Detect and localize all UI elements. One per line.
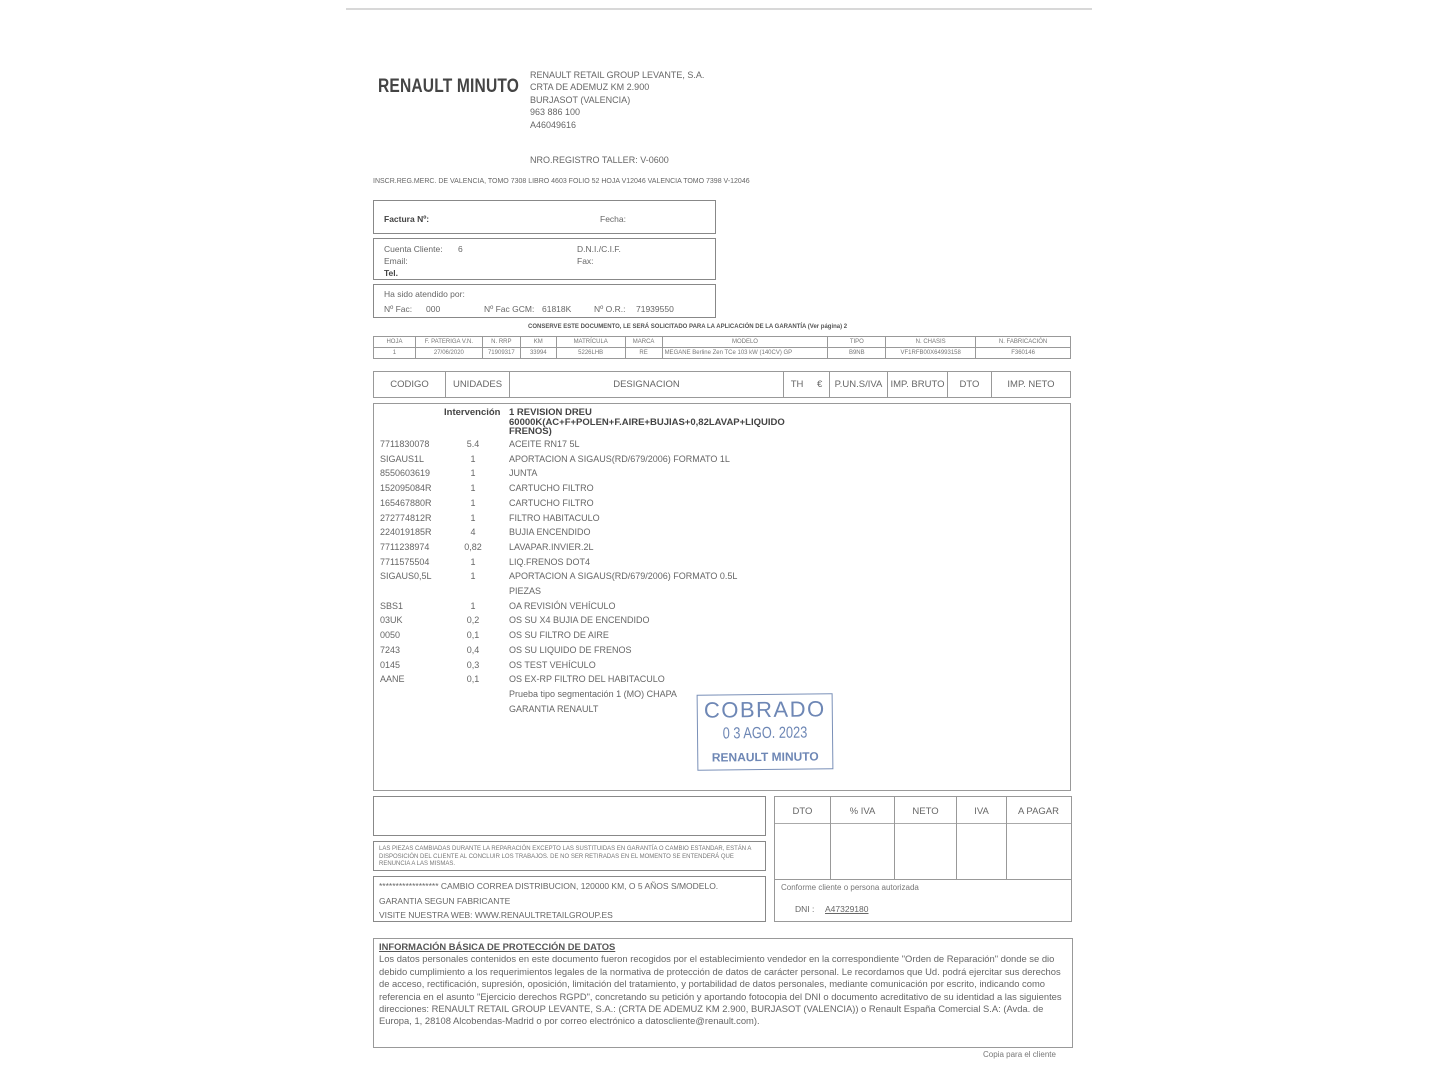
privacy-title: INFORMACIÓN BÁSICA DE PROTECCIÓN DE DATO… (379, 941, 1067, 953)
vehicle-header-row: HOJA F. PATERIGA V.N. N. RRP KM MATRÍCUL… (374, 337, 1071, 348)
item-code: AANE (380, 674, 460, 684)
col-designacion: DESIGNACION (510, 372, 784, 397)
item-code: SIGAUS0,5L (380, 571, 460, 581)
item-code: 224019185R (380, 527, 460, 537)
item-units: 0,82 (458, 542, 488, 552)
vv-km: 33994 (520, 348, 556, 359)
item-units: 1 (458, 483, 488, 493)
item-code: 7711575504 (380, 557, 460, 567)
nfac-value: 000 (426, 304, 440, 314)
vv-modelo: MEGANE Berline Zen TCe 103 kW (140CV) GP (662, 348, 828, 359)
note-warranty: GARANTIA SEGUN FABRICANTE (379, 896, 510, 906)
vv-hoja: 1 (374, 348, 416, 359)
item-units: 1 (458, 468, 488, 478)
item-desc: PIEZAS (509, 586, 541, 596)
cuenta-cliente-label: Cuenta Cliente: (384, 244, 443, 254)
stamp-status: COBRADO (698, 696, 832, 723)
copy-label: Copia para el cliente (983, 1050, 1056, 1059)
paid-stamp: COBRADO 0 3 AGO. 2023 RENAULT MINUTO (697, 693, 834, 770)
vv-marca: RE (625, 348, 662, 359)
item-code: 165467880R (380, 498, 460, 508)
item-units: 5.4 (458, 439, 488, 449)
nfac-label: Nº Fac: (384, 304, 412, 314)
lines-header: CODIGO UNIDADES DESIGNACION TH € P.UN.S/… (373, 371, 1071, 398)
item-desc: BUJIA ENCENDIDO (509, 527, 591, 537)
item-code: 0145 (380, 660, 460, 670)
dni-value: A47329180 (825, 904, 869, 914)
item-units: 0,3 (458, 660, 488, 670)
client-box: Cuenta Cliente: 6 Email: Tel. D.N.I./C.I… (373, 238, 716, 280)
atendido-label: Ha sido atendido por: (384, 289, 465, 299)
vv-fabricacion: F360146 (976, 348, 1071, 359)
item-desc: OA REVISIÓN VEHÍCULO (509, 601, 616, 611)
stamp-dealer: RENAULT MINUTO (698, 749, 832, 764)
vh-matricula: MATRÍCULA (556, 337, 625, 348)
vh-chasis: N. CHASIS (886, 337, 976, 348)
item-units: 1 (458, 513, 488, 523)
item-units: 0,1 (458, 674, 488, 684)
item-desc: Prueba tipo segmentación 1 (MO) CHAPA (509, 689, 677, 699)
vh-fabricacion: N. FABRICACIÓN (976, 337, 1071, 348)
note-belt: ****************** CAMBIO CORREA DISTRIB… (379, 881, 718, 891)
email-label: Email: (384, 256, 408, 266)
privacy-box: INFORMACIÓN BÁSICA DE PROTECCIÓN DE DATO… (373, 938, 1073, 1048)
vehicle-table: HOJA F. PATERIGA V.N. N. RRP KM MATRÍCUL… (373, 336, 1071, 359)
company-logo: RENAULT MINUTO (378, 76, 519, 98)
item-desc: OS SU FILTRO DE AIRE (509, 630, 609, 640)
item-code: 8550603619 (380, 468, 460, 478)
col-imp-bruto: IMP. BRUTO (888, 372, 948, 397)
vv-fecha: 27/06/2020 (415, 348, 482, 359)
item-code: 152095084R (380, 483, 460, 493)
vehicle-value-row: 1 27/06/2020 71909317 33994 5226LHB RE M… (374, 348, 1071, 359)
item-code: SIGAUS1L (380, 454, 460, 464)
totals-pct-iva: % IVA (831, 797, 895, 879)
item-desc: ACEITE RN17 5L (509, 439, 580, 449)
item-desc: GARANTIA RENAULT (509, 704, 598, 714)
vh-fecha: F. PATERIGA V.N. (415, 337, 482, 348)
item-desc: APORTACION A SIGAUS(RD/679/2006) FORMATO… (509, 571, 737, 581)
item-desc: OS TEST VEHÍCULO (509, 660, 596, 670)
company-street: CRTA DE ADEMUZ KM 2.900 (530, 81, 704, 93)
parts-notice-box: LAS PIEZAS CAMBIADAS DURANTE LA REPARACI… (373, 841, 766, 871)
fecha-label: Fecha: (600, 214, 626, 224)
totals-a-pagar: A PAGAR (1007, 797, 1070, 879)
vv-chasis: VF1RFB00X64993158 (886, 348, 976, 359)
intervention-desc: 1 REVISION DREU 60000K(AC+F+POLEN+F.AIRE… (509, 408, 809, 437)
warranty-warning: CONSERVE ESTE DOCUMENTO, LE SERÁ SOLICIT… (528, 324, 847, 330)
item-code: 03UK (380, 615, 460, 625)
intervention-header: Intervención 1 REVISION DREU 60000K(AC+F… (444, 408, 509, 418)
item-desc: CARTUCHO FILTRO (509, 483, 594, 493)
item-desc: LAVAPAR.INVIER.2L (509, 542, 594, 552)
company-address: RENAULT RETAIL GROUP LEVANTE, S.A. CRTA … (530, 69, 704, 131)
vh-km: KM (520, 337, 556, 348)
stamp-date: 0 3 AGO. 2023 (711, 724, 818, 743)
nor-label: Nº O.R.: (594, 304, 625, 314)
col-pun: P.UN.S/IVA (830, 372, 888, 397)
col-codigo: CODIGO (374, 372, 446, 397)
vh-modelo: MODELO (662, 337, 828, 348)
vh-hoja: HOJA (374, 337, 416, 348)
totals-neto: NETO (895, 797, 957, 879)
item-units: 1 (458, 557, 488, 567)
item-desc: APORTACION A SIGAUS(RD/679/2006) FORMATO… (509, 454, 730, 464)
company-city: BURJASOT (VALENCIA) (530, 94, 704, 106)
item-units: 0,4 (458, 645, 488, 655)
item-code: 7711830078 (380, 439, 460, 449)
item-desc: OS SU X4 BUJIA DE ENCENDIDO (509, 615, 650, 625)
item-units: 1 (458, 498, 488, 508)
vh-rrp: N. RRP (482, 337, 520, 348)
privacy-body: Los datos personales contenidos en este … (379, 953, 1067, 1027)
factura-label: Factura Nº: (384, 214, 429, 224)
company-cif: A46049616 (530, 119, 704, 131)
item-desc: OS SU LIQUIDO DE FRENOS (509, 645, 632, 655)
item-code: 0050 (380, 630, 460, 640)
item-units: 1 (458, 571, 488, 581)
col-th-eur: TH € (784, 372, 830, 397)
page-top-edge (346, 8, 1092, 10)
vv-tipo: B9NB (828, 348, 886, 359)
attended-box: Ha sido atendido por: Nº Fac: 000 Nº Fac… (373, 284, 716, 318)
col-eur: € (817, 379, 822, 390)
dni-label: DNI : (795, 904, 814, 914)
item-units: 4 (458, 527, 488, 537)
note-website: VISITE NUESTRA WEB: WWW.RENAULTRETAILGRO… (379, 910, 613, 920)
tel-label: Tel. (384, 268, 398, 278)
notes-empty-box (373, 796, 766, 836)
vv-matricula: 5226LHB (556, 348, 625, 359)
item-units: 1 (458, 601, 488, 611)
item-code: 272774812R (380, 513, 460, 523)
cuenta-cliente-value: 6 (458, 244, 463, 254)
item-code: 7243 (380, 645, 460, 655)
registry-inscription: INSCR.REG.MERC. DE VALENCIA, TOMO 7308 L… (373, 178, 773, 186)
vh-tipo: TIPO (828, 337, 886, 348)
company-phone: 963 886 100 (530, 106, 704, 118)
item-units: 0,1 (458, 630, 488, 640)
workshop-registry: NRO.REGISTRO TALLER: V-0600 (530, 155, 669, 165)
col-unidades: UNIDADES (446, 372, 510, 397)
invoice-number-box: Factura Nº: Fecha: (373, 200, 716, 234)
col-th: TH (791, 379, 804, 390)
nfac-gcm-label: Nº Fac GCM: (484, 304, 534, 314)
nor-value: 71939550 (636, 304, 674, 314)
totals-dto: DTO (775, 797, 831, 879)
dni-cif-label: D.N.I./C.I.F. (577, 244, 621, 254)
fax-label: Fax: (577, 256, 594, 266)
intervention-label: Intervención (444, 408, 509, 418)
item-units: 1 (458, 454, 488, 464)
parts-notice: LAS PIEZAS CAMBIADAS DURANTE LA REPARACI… (379, 846, 762, 869)
conforme-label: Conforme cliente o persona autorizada (781, 883, 919, 892)
item-desc: FILTRO HABITACULO (509, 513, 600, 523)
nfac-gcm-value: 61818K (542, 304, 571, 314)
vh-marca: MARCA (625, 337, 662, 348)
totals-iva: IVA (957, 797, 1007, 879)
col-imp-neto: IMP. NETO (992, 372, 1070, 397)
col-dto: DTO (948, 372, 992, 397)
company-name: RENAULT RETAIL GROUP LEVANTE, S.A. (530, 69, 704, 81)
item-code: 7711238974 (380, 542, 460, 552)
item-units: 0,2 (458, 615, 488, 625)
vv-rrp: 71909317 (482, 348, 520, 359)
totals-box: DTO % IVA NETO IVA A PAGAR Conforme clie… (774, 796, 1072, 922)
item-desc: OS EX-RP FILTRO DEL HABITACULO (509, 674, 665, 684)
service-notes-box: ****************** CAMBIO CORREA DISTRIB… (373, 876, 766, 922)
item-desc: LIQ.FRENOS DOT4 (509, 557, 590, 567)
item-desc: JUNTA (509, 468, 537, 478)
item-desc: CARTUCHO FILTRO (509, 498, 594, 508)
item-code: SBS1 (380, 601, 460, 611)
